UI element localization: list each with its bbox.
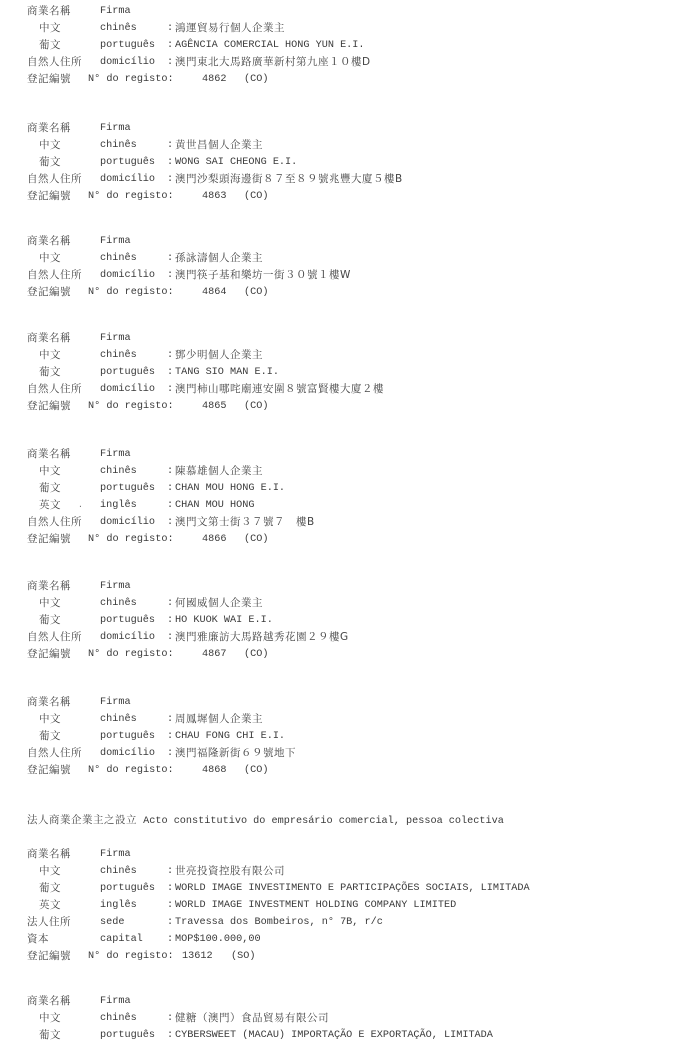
registo-row: 登記編號 N° do registo: 4867 (CO) bbox=[0, 646, 696, 663]
firma-row: 商業名稱 Firma bbox=[0, 694, 696, 711]
chines-row: 中文 chinês : 周鳳墀個人企業主 bbox=[0, 711, 696, 728]
portugues-value: CHAN MOU HONG E.I. bbox=[175, 480, 285, 497]
registo-number: 4867 bbox=[202, 646, 226, 663]
ingles-value: CHAN MOU HONG bbox=[175, 497, 254, 514]
chines-value: 鄧少明個人企業主 bbox=[175, 347, 263, 364]
firma-label-pt: Firma bbox=[100, 446, 131, 463]
domicilio-label-pt: domicílio bbox=[100, 629, 155, 646]
registo-type: (CO) bbox=[244, 284, 268, 301]
registo-row: 登記編號 N° do registo: 4864 (CO) bbox=[0, 284, 696, 301]
registo-row: 登記編號 N° do registo: 13612 (SO) bbox=[0, 948, 696, 965]
firma-label-zh: 商業名稱 bbox=[27, 3, 71, 20]
portugues-label-pt: português bbox=[100, 480, 155, 497]
chines-value: 健糖（澳門）食品貿易有限公司 bbox=[175, 1010, 329, 1027]
scan-speck: . bbox=[78, 497, 83, 514]
domicilio-value: 澳門福隆新街６９號地下 bbox=[175, 745, 296, 762]
registo-type: (CO) bbox=[244, 188, 268, 205]
chines-label-zh: 中文 bbox=[39, 347, 61, 364]
domicilio-value: 澳門沙梨頭海邊街８７至８９號兆豐大廈５樓B bbox=[175, 171, 403, 188]
sede-label-pt: sede bbox=[100, 914, 124, 931]
colon: : bbox=[167, 880, 173, 897]
colon: : bbox=[167, 37, 173, 54]
firma-label-zh: 商業名稱 bbox=[27, 446, 71, 463]
firma-label-pt: Firma bbox=[100, 233, 131, 250]
colon: : bbox=[167, 728, 173, 745]
firma-label-pt: Firma bbox=[100, 3, 131, 20]
registry-entry-13612: 商業名稱 Firma 中文 chinês : 世亮投資控股有限公司 葡文 por… bbox=[0, 846, 696, 965]
colon: : bbox=[167, 612, 173, 629]
colon: : bbox=[167, 711, 173, 728]
capital-row: 資本 capital : MOP$100.000,00 bbox=[0, 931, 696, 948]
sede-label-zh: 法人住所 bbox=[27, 914, 71, 931]
domicilio-label-zh: 自然人住所 bbox=[27, 267, 82, 284]
domicilio-value: 澳門雅廉訪大馬路越秀花園２９樓G bbox=[175, 629, 349, 646]
firma-row: 商業名稱 Firma bbox=[0, 3, 696, 20]
chines-value: 鴻運貿易行個人企業主 bbox=[175, 20, 285, 37]
portugues-label-pt: português bbox=[100, 728, 155, 745]
domicilio-value: 澳門筷子基和樂坊一街３０號１樓W bbox=[175, 267, 351, 284]
firma-label-pt: Firma bbox=[100, 330, 131, 347]
chines-row: 中文 chinês : 鄧少明個人企業主 bbox=[0, 347, 696, 364]
registo-row: 登記編號 N° do registo: 4863 (CO) bbox=[0, 188, 696, 205]
registo-label-zh: 登記編號 bbox=[27, 398, 71, 415]
registo-number: 4865 bbox=[202, 398, 226, 415]
domicilio-label-zh: 自然人住所 bbox=[27, 745, 82, 762]
chines-label-zh: 中文 bbox=[39, 250, 61, 267]
domicilio-label-zh: 自然人住所 bbox=[27, 381, 82, 398]
domicilio-row: 自然人住所 domicílio : 澳門文第士街３７號７ 樓B bbox=[0, 514, 696, 531]
chines-value: 孫詠濤個人企業主 bbox=[175, 250, 263, 267]
chines-label-pt: chinês bbox=[100, 137, 137, 154]
chines-label-pt: chinês bbox=[100, 1010, 137, 1027]
registry-entry-4865: 商業名稱 Firma 中文 chinês : 鄧少明個人企業主 葡文 portu… bbox=[0, 330, 696, 415]
portugues-label-pt: português bbox=[100, 1027, 155, 1044]
portugues-label-pt: português bbox=[100, 612, 155, 629]
chines-value: 黄世昌個人企業主 bbox=[175, 137, 263, 154]
portugues-value: CYBERSWEET (MACAU) IMPORTAÇÃO E EXPORTAÇ… bbox=[175, 1027, 493, 1044]
registo-label-pt: N° do registo: bbox=[88, 948, 174, 965]
colon: : bbox=[167, 154, 173, 171]
registo-row: 登記編號 N° do registo: 4865 (CO) bbox=[0, 398, 696, 415]
colon: : bbox=[167, 171, 173, 188]
firma-row: 商業名稱 Firma bbox=[0, 120, 696, 137]
registo-number: 13612 bbox=[182, 948, 213, 965]
portugues-label-zh: 葡文 bbox=[39, 480, 61, 497]
ingles-row: 英文 inglês : WORLD IMAGE INVESTMENT HOLDI… bbox=[0, 897, 696, 914]
colon: : bbox=[167, 250, 173, 267]
domicilio-label-pt: domicílio bbox=[100, 267, 155, 284]
chines-label-pt: chinês bbox=[100, 463, 137, 480]
ingles-row: 英文 . inglês : CHAN MOU HONG bbox=[0, 497, 696, 514]
registo-label-zh: 登記編號 bbox=[27, 188, 71, 205]
chines-row: 中文 chinês : 孫詠濤個人企業主 bbox=[0, 250, 696, 267]
portugues-label-zh: 葡文 bbox=[39, 154, 61, 171]
ingles-label-pt: inglês bbox=[100, 497, 137, 514]
registo-label-pt: N° do registo: bbox=[88, 188, 174, 205]
chines-row: 中文 chinês : 世亮投資控股有限公司 bbox=[0, 863, 696, 880]
firma-label-pt: Firma bbox=[100, 993, 131, 1010]
registry-entry-4862: 商業名稱 Firma 中文 chinês : 鴻運貿易行個人企業主 葡文 por… bbox=[0, 3, 696, 88]
chines-label-pt: chinês bbox=[100, 711, 137, 728]
domicilio-value: 澳門東北大馬路廣華新村第九座１０樓D bbox=[175, 54, 371, 71]
capital-value: MOP$100.000,00 bbox=[175, 931, 261, 948]
colon: : bbox=[167, 267, 173, 284]
registo-label-zh: 登記編號 bbox=[27, 646, 71, 663]
colon: : bbox=[167, 497, 173, 514]
portugues-row: 葡文 português : HO KUOK WAI E.I. bbox=[0, 612, 696, 629]
firma-row: 商業名稱 Firma bbox=[0, 233, 696, 250]
chines-row: 中文 chinês : 健糖（澳門）食品貿易有限公司 bbox=[0, 1010, 696, 1027]
chines-row: 中文 chinês : 鴻運貿易行個人企業主 bbox=[0, 20, 696, 37]
sede-row: 法人住所 sede : Travessa dos Bombeiros, n° 7… bbox=[0, 914, 696, 931]
chines-label-zh: 中文 bbox=[39, 595, 61, 612]
domicilio-label-pt: domicílio bbox=[100, 514, 155, 531]
registo-type: (CO) bbox=[244, 398, 268, 415]
colon: : bbox=[167, 629, 173, 646]
firma-row: 商業名稱 Firma bbox=[0, 993, 696, 1010]
chines-label-pt: chinês bbox=[100, 250, 137, 267]
registo-number: 4868 bbox=[202, 762, 226, 779]
registo-label-pt: N° do registo: bbox=[88, 71, 174, 88]
colon: : bbox=[167, 745, 173, 762]
domicilio-label-pt: domicílio bbox=[100, 381, 155, 398]
registry-entry-4867: 商業名稱 Firma 中文 chinês : 何國威個人企業主 葡文 portu… bbox=[0, 578, 696, 663]
firma-label-zh: 商業名稱 bbox=[27, 120, 71, 137]
firma-row: 商業名稱 Firma bbox=[0, 446, 696, 463]
registo-number: 4863 bbox=[202, 188, 226, 205]
domicilio-row: 自然人住所 domicílio : 澳門筷子基和樂坊一街３０號１樓W bbox=[0, 267, 696, 284]
domicilio-label-zh: 自然人住所 bbox=[27, 54, 82, 71]
colon: : bbox=[167, 54, 173, 71]
portugues-label-pt: português bbox=[100, 154, 155, 171]
registo-row: 登記編號 N° do registo: 4862 (CO) bbox=[0, 71, 696, 88]
colon: : bbox=[167, 1010, 173, 1027]
portugues-row: 葡文 português : CHAN MOU HONG E.I. bbox=[0, 480, 696, 497]
portugues-row: 葡文 português : WONG SAI CHEONG E.I. bbox=[0, 154, 696, 171]
registo-row: 登記編號 N° do registo: 4868 (CO) bbox=[0, 762, 696, 779]
chines-value: 陳慕雄個人企業主 bbox=[175, 463, 263, 480]
colon: : bbox=[167, 480, 173, 497]
portugues-value: WORLD IMAGE INVESTIMENTO E PARTICIPAÇÕES… bbox=[175, 880, 530, 897]
firma-label-pt: Firma bbox=[100, 846, 131, 863]
firma-row: 商業名稱 Firma bbox=[0, 846, 696, 863]
chines-label-zh: 中文 bbox=[39, 863, 61, 880]
chines-value: 世亮投資控股有限公司 bbox=[175, 863, 285, 880]
portugues-value: AGÊNCIA COMERCIAL HONG YUN E.I. bbox=[175, 37, 365, 54]
registo-number: 4862 bbox=[202, 71, 226, 88]
portugues-row: 葡文 português : WORLD IMAGE INVESTIMENTO … bbox=[0, 880, 696, 897]
ingles-label-zh: 英文 bbox=[39, 897, 61, 914]
chines-label-pt: chinês bbox=[100, 863, 137, 880]
colon: : bbox=[167, 863, 173, 880]
portugues-label-pt: português bbox=[100, 37, 155, 54]
domicilio-row: 自然人住所 domicílio : 澳門柿山哪咤廟連安圍８號富賢樓大廈２樓 bbox=[0, 381, 696, 398]
registo-type: (CO) bbox=[244, 762, 268, 779]
firma-row: 商業名稱 Firma bbox=[0, 578, 696, 595]
colon: : bbox=[167, 897, 173, 914]
colon: : bbox=[167, 364, 173, 381]
registo-label-pt: N° do registo: bbox=[88, 646, 174, 663]
registry-entry-4863: 商業名稱 Firma 中文 chinês : 黄世昌個人企業主 葡文 portu… bbox=[0, 120, 696, 205]
registry-entry-4868: 商業名稱 Firma 中文 chinês : 周鳳墀個人企業主 葡文 portu… bbox=[0, 694, 696, 779]
chines-label-pt: chinês bbox=[100, 595, 137, 612]
registo-number: 4866 bbox=[202, 531, 226, 548]
capital-label-zh: 資本 bbox=[27, 931, 49, 948]
chines-label-zh: 中文 bbox=[39, 463, 61, 480]
chines-label-zh: 中文 bbox=[39, 137, 61, 154]
ingles-label-pt: inglês bbox=[100, 897, 137, 914]
portugues-label-zh: 葡文 bbox=[39, 37, 61, 54]
chines-label-zh: 中文 bbox=[39, 711, 61, 728]
registo-label-pt: N° do registo: bbox=[88, 762, 174, 779]
portugues-row: 葡文 português : CYBERSWEET (MACAU) IMPORT… bbox=[0, 1027, 696, 1044]
chines-label-zh: 中文 bbox=[39, 1010, 61, 1027]
firma-label-zh: 商業名稱 bbox=[27, 694, 71, 711]
colon: : bbox=[167, 1027, 173, 1044]
domicilio-label-pt: domicílio bbox=[100, 745, 155, 762]
colon: : bbox=[167, 463, 173, 480]
sede-value: Travessa dos Bombeiros, n° 7B, r/c bbox=[175, 914, 383, 931]
firma-label-pt: Firma bbox=[100, 120, 131, 137]
section-heading-zh: 法人商業企業主之設立 bbox=[27, 814, 137, 826]
domicilio-label-zh: 自然人住所 bbox=[27, 629, 82, 646]
firma-label-zh: 商業名稱 bbox=[27, 233, 71, 250]
chines-label-zh: 中文 bbox=[39, 20, 61, 37]
portugues-row: 葡文 português : TANG SIO MAN E.I. bbox=[0, 364, 696, 381]
registo-row: 登記編號 N° do registo: 4866 (CO) bbox=[0, 531, 696, 548]
colon: : bbox=[167, 931, 173, 948]
section-heading-pt: Acto constitutivo do empresário comercia… bbox=[143, 816, 504, 827]
registo-type: (CO) bbox=[244, 646, 268, 663]
portugues-value: CHAU FONG CHI E.I. bbox=[175, 728, 285, 745]
domicilio-row: 自然人住所 domicílio : 澳門福隆新街６９號地下 bbox=[0, 745, 696, 762]
domicilio-row: 自然人住所 domicílio : 澳門沙梨頭海邊街８７至８９號兆豐大廈５樓B bbox=[0, 171, 696, 188]
colon: : bbox=[167, 137, 173, 154]
registo-type: (CO) bbox=[244, 531, 268, 548]
firma-row: 商業名稱 Firma bbox=[0, 330, 696, 347]
chines-label-pt: chinês bbox=[100, 347, 137, 364]
portugues-value: WONG SAI CHEONG E.I. bbox=[175, 154, 297, 171]
portugues-label-zh: 葡文 bbox=[39, 364, 61, 381]
portugues-label-zh: 葡文 bbox=[39, 612, 61, 629]
colon: : bbox=[167, 20, 173, 37]
registry-entry-4864: 商業名稱 Firma 中文 chinês : 孫詠濤個人企業主 自然人住所 do… bbox=[0, 233, 696, 301]
domicilio-label-zh: 自然人住所 bbox=[27, 171, 82, 188]
chines-label-pt: chinês bbox=[100, 20, 137, 37]
portugues-label-zh: 葡文 bbox=[39, 728, 61, 745]
registo-type: (SO) bbox=[231, 948, 255, 965]
portugues-label-pt: português bbox=[100, 364, 155, 381]
firma-label-zh: 商業名稱 bbox=[27, 993, 71, 1010]
portugues-row: 葡文 português : AGÊNCIA COMERCIAL HONG YU… bbox=[0, 37, 696, 54]
domicilio-row: 自然人住所 domicílio : 澳門雅廉訪大馬路越秀花園２９樓G bbox=[0, 629, 696, 646]
domicilio-label-zh: 自然人住所 bbox=[27, 514, 82, 531]
section-heading: 法人商業企業主之設立 Acto constitutivo do empresár… bbox=[27, 812, 504, 829]
colon: : bbox=[167, 381, 173, 398]
registo-label-pt: N° do registo: bbox=[88, 531, 174, 548]
portugues-value: HO KUOK WAI E.I. bbox=[175, 612, 273, 629]
colon: : bbox=[167, 914, 173, 931]
registo-label-zh: 登記編號 bbox=[27, 531, 71, 548]
colon: : bbox=[167, 347, 173, 364]
registo-label-zh: 登記編號 bbox=[27, 762, 71, 779]
registo-label-zh: 登記編號 bbox=[27, 71, 71, 88]
domicilio-value: 澳門文第士街３７號７ 樓B bbox=[175, 514, 315, 531]
chines-value: 周鳳墀個人企業主 bbox=[175, 711, 263, 728]
colon: : bbox=[167, 514, 173, 531]
firma-label-zh: 商業名稱 bbox=[27, 330, 71, 347]
portugues-value: TANG SIO MAN E.I. bbox=[175, 364, 279, 381]
colon: : bbox=[167, 595, 173, 612]
ingles-label-zh: 英文 bbox=[39, 497, 61, 514]
chines-row: 中文 chinês : 何國威個人企業主 bbox=[0, 595, 696, 612]
portugues-row: 葡文 português : CHAU FONG CHI E.I. bbox=[0, 728, 696, 745]
registo-label-pt: N° do registo: bbox=[88, 398, 174, 415]
registo-type: (CO) bbox=[244, 71, 268, 88]
registo-label-pt: N° do registo: bbox=[88, 284, 174, 301]
registry-entry-4866: 商業名稱 Firma 中文 chinês : 陳慕雄個人企業主 葡文 portu… bbox=[0, 446, 696, 548]
chines-value: 何國威個人企業主 bbox=[175, 595, 263, 612]
chines-row: 中文 chinês : 陳慕雄個人企業主 bbox=[0, 463, 696, 480]
portugues-label-zh: 葡文 bbox=[39, 880, 61, 897]
domicilio-label-pt: domicílio bbox=[100, 171, 155, 188]
registo-number: 4864 bbox=[202, 284, 226, 301]
firma-label-zh: 商業名稱 bbox=[27, 578, 71, 595]
registry-entry-cybersweet: 商業名稱 Firma 中文 chinês : 健糖（澳門）食品貿易有限公司 葡文… bbox=[0, 993, 696, 1044]
registry-page: 商業名稱 Firma 中文 chinês : 鴻運貿易行個人企業主 葡文 por… bbox=[0, 0, 696, 1063]
portugues-label-zh: 葡文 bbox=[39, 1027, 61, 1044]
domicilio-label-pt: domicílio bbox=[100, 54, 155, 71]
registo-label-zh: 登記編號 bbox=[27, 948, 71, 965]
portugues-label-pt: português bbox=[100, 880, 155, 897]
registo-label-zh: 登記編號 bbox=[27, 284, 71, 301]
domicilio-value: 澳門柿山哪咤廟連安圍８號富賢樓大廈２樓 bbox=[175, 381, 384, 398]
firma-label-pt: Firma bbox=[100, 578, 131, 595]
capital-label-pt: capital bbox=[100, 931, 143, 948]
chines-row: 中文 chinês : 黄世昌個人企業主 bbox=[0, 137, 696, 154]
firma-label-zh: 商業名稱 bbox=[27, 846, 71, 863]
ingles-value: WORLD IMAGE INVESTMENT HOLDING COMPANY L… bbox=[175, 897, 456, 914]
domicilio-row: 自然人住所 domicílio : 澳門東北大馬路廣華新村第九座１０樓D bbox=[0, 54, 696, 71]
firma-label-pt: Firma bbox=[100, 694, 131, 711]
